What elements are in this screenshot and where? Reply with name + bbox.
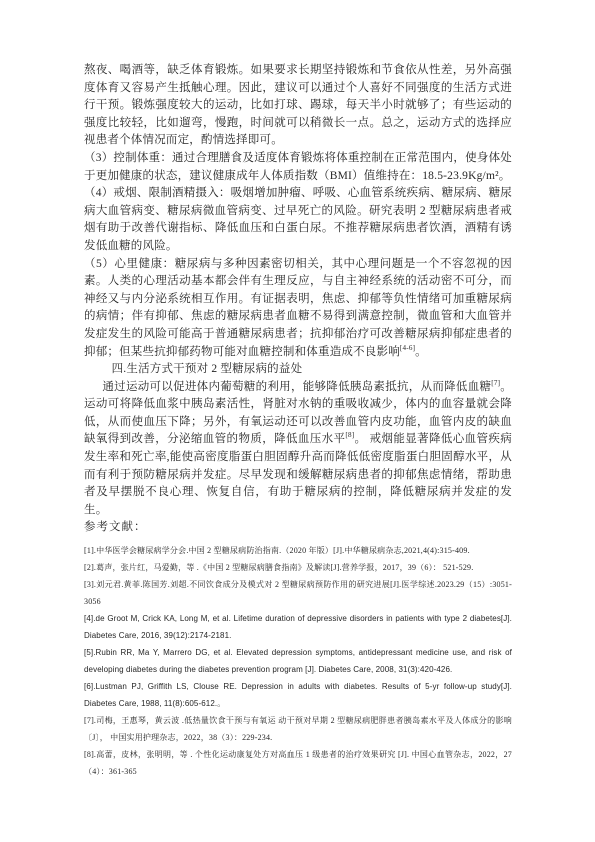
reference-entry: [7].司梅，王惠琴，黄云波 .低热量饮食干预与有氧运 动干预对早期 2 型糖尿… [84, 712, 512, 746]
reference-entry: [4].de Groot M, Crick KA, Long M, et al.… [84, 610, 512, 644]
document-page: 熬夜、喝酒等，缺乏体育锻炼。如果要求长期坚持锻炼和节食依从性差，另外高强度体育又… [0, 0, 595, 842]
paragraph-benefits: 通过运动可以促进体内葡萄糖的利用，能够降低胰岛素抵抗，从而降低血糖[7]。运动可… [84, 379, 512, 520]
reference-entry: [6].Lustman PJ, Griffith LS, Clouse RE. … [84, 678, 512, 712]
reference-entry: [2].葛声，张片红，马爱勤，等 .《中国 2 型糖尿病膳食指南》及解读[J].… [84, 559, 512, 576]
references-title: 参考文献： [84, 519, 512, 537]
references-list: [1].中华医学会糖尿病学分会.中国 2 型糖尿病防治指南.（2020 年版）[… [84, 542, 512, 780]
section-heading-benefits: 四.生活方式干预对 2 型糖尿病的益处 [84, 361, 512, 379]
paragraph-exercise-continuation: 熬夜、喝酒等，缺乏体育锻炼。如果要求长期坚持锻炼和节食依从性差，另外高强度体育又… [84, 62, 512, 150]
reference-entry: [1].中华医学会糖尿病学分会.中国 2 型糖尿病防治指南.（2020 年版）[… [84, 542, 512, 559]
paragraph-smoking-alcohol: （4）戒烟、限制酒精摄入：吸烟增加肿瘤、呼吸、心血管系统疾病、糖尿病、糖尿病大血… [84, 185, 512, 255]
document-body: 熬夜、喝酒等，缺乏体育锻炼。如果要求长期坚持锻炼和节食依从性差，另外高强度体育又… [84, 62, 512, 537]
reference-entry: [5].Rubin RR, Ma Y, Marrero DG, et al. E… [84, 644, 512, 678]
reference-entry: [3].刘元君.黄菲.陈国芳.刘超.不同饮食成分及模式对 2 型糖尿病预防作用的… [84, 576, 512, 610]
paragraph-mental-health: （5）心里健康：糖尿病与多种因素密切相关，其中心理问题是一个不容忽视的因素。人类… [84, 256, 512, 362]
reference-entry: [8].高蕾，皮林，张明明，等 . 个性化运动康复处方对高血压 1 级患者的治疗… [84, 746, 512, 780]
paragraph-weight-control: （3）控制体重：通过合理膳食及适度体育锻炼将体重控制在正常范围内，使身体处于更加… [84, 150, 512, 185]
